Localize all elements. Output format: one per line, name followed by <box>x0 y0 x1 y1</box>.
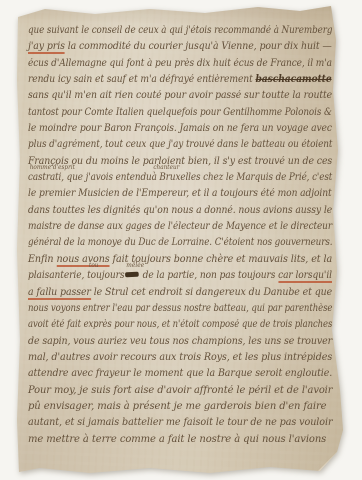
manuscript-line: général de la monoye du Duc de Lorraine.… <box>28 235 294 251</box>
interlinear-note: tou <box>89 262 99 269</box>
text-segment: attendre avec frayeur le moment que la B… <box>28 368 332 379</box>
manuscript-line: Enfin nous avons fait toujours bonne chè… <box>28 252 320 268</box>
handwritten-text-block: que suivant le conseil de ceux à qui j'é… <box>28 23 332 448</box>
annotated-segment: mêlée <box>124 268 139 284</box>
manuscript-line: attendre avec frayeur le moment que la B… <box>28 366 316 382</box>
red-underlined-phrase: car lorsqu'il <box>278 270 332 283</box>
text-segment: le Strul cet endroit si dangereux du Dan… <box>91 287 332 298</box>
text-segment: toujours <box>87 270 124 281</box>
manuscript-line: homme d'espritcastrati, que j'avois ente… <box>28 170 295 186</box>
text-segment: rendu icy sain et sauf et m'a défrayé en… <box>28 74 255 85</box>
interlinear-note: chanteur <box>153 164 179 171</box>
manuscript-line: plus d'agrément, tout ceux que j'ay trou… <box>28 137 297 153</box>
manuscript-line: que suivant le conseil de ceux à qui j'é… <box>28 23 294 39</box>
manuscript-line: nous voyons entrer l'eau par dessus nost… <box>28 301 288 317</box>
manuscript-line: sans qu'il m'en ait rien couté pour avoi… <box>28 88 311 104</box>
text-segment: tantost pour Comte Italien quelquefois p… <box>28 107 332 118</box>
manuscript-line: rendu icy sain et sauf et m'a défrayé en… <box>28 72 306 88</box>
struck-word: baschacamotte <box>255 74 331 85</box>
interlinear-note: homme d'esprit <box>30 164 75 171</box>
manuscript-line: le moindre pour Baron François. Jamais o… <box>28 121 306 137</box>
manuscript-line: autant, et si jamais battelier me faisoi… <box>28 415 320 431</box>
ink-blot <box>125 272 139 278</box>
text-segment: le premier Musicien de l'Empereur, et il… <box>28 188 332 199</box>
text-segment: nous voyons entrer l'eau par dessus nost… <box>28 303 332 314</box>
annotated-segment: toutoujours <box>87 268 124 284</box>
text-segment: pû envisager, mais à présent je me garde… <box>28 401 327 412</box>
annotated-segment: chanteurà Bruxelles chez le Marquis de P… <box>152 170 333 186</box>
text-segment: sans qu'il m'en ait rien couté pour avoi… <box>28 90 332 101</box>
manuscript-line: pû envisager, mais à présent je me garde… <box>28 399 332 415</box>
manuscript-line: me mettre à terre comme a fait le nostre… <box>28 432 332 448</box>
text-segment: que suivant le conseil de ceux à qui j'é… <box>28 25 332 36</box>
text-segment: dans touttes les dignités qu'on nous a d… <box>28 205 332 216</box>
manuscript-line: de sapin, vous auriez veu tous nos champ… <box>28 334 315 350</box>
annotated-segment: homme d'espritcastrati, que j'avois ente… <box>28 170 152 186</box>
manuscript-page: que suivant le conseil de ceux à qui j'é… <box>0 0 362 480</box>
text-segment: castrati, que j'avois entendu <box>28 172 152 183</box>
red-underlined-phrase: a fallu passer <box>28 287 91 300</box>
text-segment: général de la monoye du Duc de Lorraine.… <box>28 237 332 248</box>
corner-fold <box>318 446 348 472</box>
text-segment: Enfin <box>28 254 56 265</box>
text-segment: maistre de danse aux gages de l'électeur… <box>28 221 332 232</box>
text-segment: avoit été fait exprès pour nous, et n'ét… <box>28 319 332 330</box>
text-segment: autant, et si jamais battelier me faisoi… <box>28 417 332 428</box>
text-segment: de la partie, non pas toujours <box>140 270 278 281</box>
manuscript-line: dans touttes les dignités qu'on nous a d… <box>28 203 309 219</box>
text-segment: le moindre pour Baron François. Jamais o… <box>28 123 332 134</box>
manuscript-line: maistre de danse aux gages de l'électeur… <box>28 219 299 235</box>
text-segment: la commodité du courier jusqu'à Vienne, … <box>65 41 332 52</box>
text-segment: écus d'Allemagne qui font à peu près dix… <box>28 58 332 69</box>
manuscript-line: Pour moy, je suis fort aise d'avoir affr… <box>28 383 329 399</box>
manuscript-line: a fallu passer le Strul cet endroit si d… <box>28 285 314 301</box>
manuscript-line: écus d'Allemagne qui font à peu près dix… <box>28 56 301 72</box>
text-segment: mal, d'autres avoir recours aux trois Ro… <box>28 352 332 363</box>
red-underlined-phrase: j'ay pris <box>28 41 65 54</box>
manuscript-line: j'ay pris la commodité du courier jusqu'… <box>28 39 313 55</box>
text-segment: à Bruxelles chez le Marquis de Prié, c'e… <box>152 172 333 183</box>
paper-shadow: que suivant le conseil de ceux à qui j'é… <box>0 0 362 480</box>
manuscript-line: mal, d'autres avoir recours aux trois Ro… <box>28 350 319 366</box>
red-underlined-phrase: nous avons <box>56 254 109 267</box>
manuscript-line: plaisanterie, toutoujours mêlée de la pa… <box>28 268 304 284</box>
text-segment: Pour moy, je suis fort aise d'avoir affr… <box>28 385 332 396</box>
text-segment: me mettre à terre comme a fait le nostre… <box>28 434 326 445</box>
interlinear-note: mêlée <box>126 262 144 269</box>
text-segment: plaisanterie, <box>28 270 87 281</box>
manuscript-line: le premier Musicien de l'Empereur, et il… <box>28 186 306 202</box>
text-segment: plus d'agrément, tout ceux que j'ay trou… <box>28 139 332 150</box>
manuscript-line: avoit été fait exprès pour nous, et n'ét… <box>28 317 285 333</box>
text-segment: de sapin, vous auriez veu tous nos champ… <box>28 336 332 347</box>
manuscript-scan: que suivant le conseil de ceux à qui j'é… <box>0 0 362 480</box>
manuscript-line: tantost pour Comte Italien quelquefois p… <box>28 105 295 121</box>
